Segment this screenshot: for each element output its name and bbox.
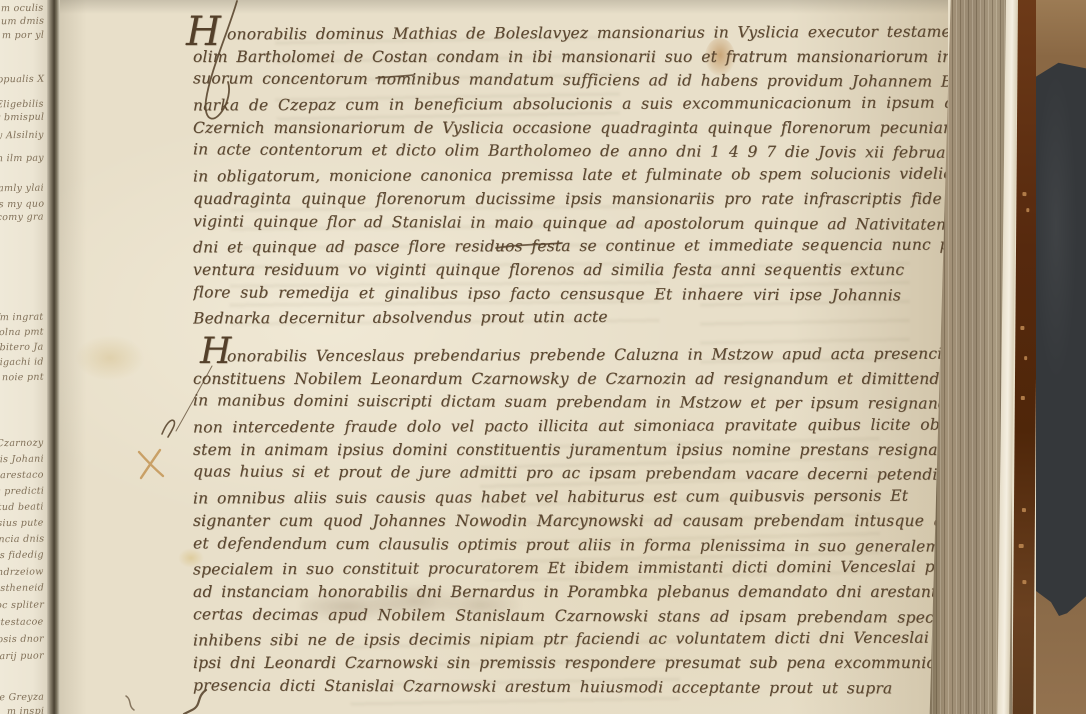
manuscript-text-line: onorabilis Venceslaus prebendarius prebe… (227, 344, 948, 369)
margin-x-mark (141, 450, 160, 478)
margin-text-fragment: dnis Johani (0, 454, 44, 466)
margin-text-fragment: m oculis (1, 3, 44, 15)
paper-stain (75, 335, 145, 381)
margin-x-mark (139, 452, 163, 476)
margin-check-mark (162, 420, 175, 437)
margin-text-fragment: fm ingrat (0, 312, 44, 324)
margin-text-fragment: chamly ylai (0, 183, 44, 195)
cover-dark-panel (1036, 60, 1086, 616)
margin-text-fragment: y pstigachi id (0, 357, 44, 369)
manuscript-text-line: viginti quinque flor ad Stanislai in mai… (193, 210, 948, 237)
margin-text-fragment: de comy gra (0, 212, 44, 224)
margin-text-fragment: y bmispul (0, 112, 44, 124)
entry-paragraph-1: onorabilis dominus Mathias de Boleslavye… (193, 22, 948, 330)
entry-paragraph-2: onorabilis Venceslaus prebendarius prebe… (193, 344, 948, 699)
manuscript-text-line: constituens Nobilem Leonardum Czarnowsky… (193, 368, 948, 392)
manuscript-text-line: olim Bartholomei de Costan condam in ibi… (193, 46, 948, 70)
manuscript-text-line: Bednarka decernitur absolvendus prout ut… (193, 305, 948, 330)
manuscript-text-line: dni et quinque ad pasce flore residuos f… (193, 234, 948, 261)
margin-text-fragment: ppualis X (0, 74, 44, 86)
manuscript-text-line: quadraginta quinque florenorum ducissime… (193, 188, 948, 212)
margin-text-fragment: de polna pmt (0, 327, 44, 339)
manuscript-text-line: non intercedente fraude dolo vel pacto i… (193, 414, 948, 441)
manuscript-text-line: in manibus domini suiscripti dictam suam… (193, 390, 948, 417)
pen-flourish-small (126, 696, 134, 710)
manuscript-text-line: et defendendum cum clausulis optimis pro… (193, 532, 948, 559)
margin-text-fragment: de Greyza (0, 692, 44, 704)
margin-text-fragment: ay notarij puor (0, 650, 44, 662)
manuscript-text-line: in acte contentorum et dicto olim Bartho… (193, 139, 948, 166)
leather-binding (1012, 0, 1039, 714)
manuscript-text-line: signanter cum quod Johannes Nowodin Marc… (193, 510, 948, 534)
manuscript-text-line: in obligatorum, monicione canonica premi… (193, 163, 948, 190)
manuscript-text-line: in omnibus aliis suis causis quas habet … (193, 485, 948, 512)
manuscript-text-line: certas decimas apud Nobilem Stanislaum C… (193, 603, 948, 630)
manuscript-text-line: presencia dicti Stanislai Czarnowski are… (193, 674, 948, 699)
margin-text-fragment: m inspi (7, 706, 44, 714)
margin-text-fragment: noie pnt (2, 372, 44, 384)
margin-text-fragment: dy is my quo (0, 199, 44, 211)
margin-text-fragment: ad hoc spliter (0, 600, 44, 612)
manuscript-text-line: ad instanciam honorabilis dni Bernardus … (193, 581, 948, 605)
margin-text-fragment: uil Czarnozy (0, 438, 44, 450)
previous-page-edge: m oculisum dmism por ylppualis XEligebil… (0, 0, 47, 714)
margin-text-fragment: uis predicti (0, 486, 44, 498)
margin-text-fragment: m por yl (2, 30, 44, 42)
manuscript-text-line: onorabilis dominus Mathias de Boleslavye… (227, 22, 948, 47)
margin-text-fragment: X pam stheneid (0, 582, 44, 594)
manuscript-text-line: ventura residuum vo viginti quinque flor… (193, 259, 948, 283)
margin-text-fragment: Eligebilis (0, 99, 44, 111)
manuscript-text-line: Czernich mansionariorum de Vyslicia occa… (193, 117, 948, 141)
margin-text-fragment: y pam Indrzeiow (0, 566, 44, 578)
manuscript-text-line: stem in animam ipsius domini constituent… (193, 439, 948, 463)
manuscript-scan: m oculisum dmism por ylppualis XEligebil… (0, 0, 1086, 714)
margin-text-fragment: psencia dnis (0, 534, 44, 546)
margin-text-fragment: y Alsilniy (0, 130, 44, 142)
gutter-shadow (47, 0, 60, 714)
margin-text-fragment: m ilm pay (0, 153, 44, 165)
manuscript-text-line: ipsi dni Leonardi Czarnowski sin premiss… (193, 652, 948, 676)
manuscript-page: H onorabilis dominus Mathias de Boleslav… (60, 0, 948, 714)
margin-text-fragment: pstibus fidedig (0, 549, 44, 561)
margin-text-fragment: Gnosis dnor (0, 634, 44, 646)
manuscript-text-line: narka de Czepaz cum in beneficium absolu… (193, 92, 948, 119)
manuscript-text-line: quas huius si et prout de jure admitti p… (193, 461, 948, 488)
manuscript-text-line: inhibens sibi ne de ipsis decimis nipiam… (193, 627, 948, 654)
margin-text-fragment: ttis arestaco (0, 470, 44, 482)
margin-text-fragment: psbitero Ja (0, 342, 44, 354)
manuscript-text-line: flore sub remedija et ginalibus ipso fac… (193, 281, 948, 308)
margin-text-fragment: pro attestacoe (0, 616, 44, 628)
manuscript-text-line: suorum concentorum nominibus mandatum su… (193, 68, 948, 95)
margin-text-fragment: constitud beati (0, 501, 44, 513)
manuscript-text-line: specialem in suo constituit procuratorem… (193, 556, 948, 583)
margin-text-fragment: um dmis (1, 16, 44, 28)
margin-text-fragment: m ipsius pute (0, 518, 44, 530)
